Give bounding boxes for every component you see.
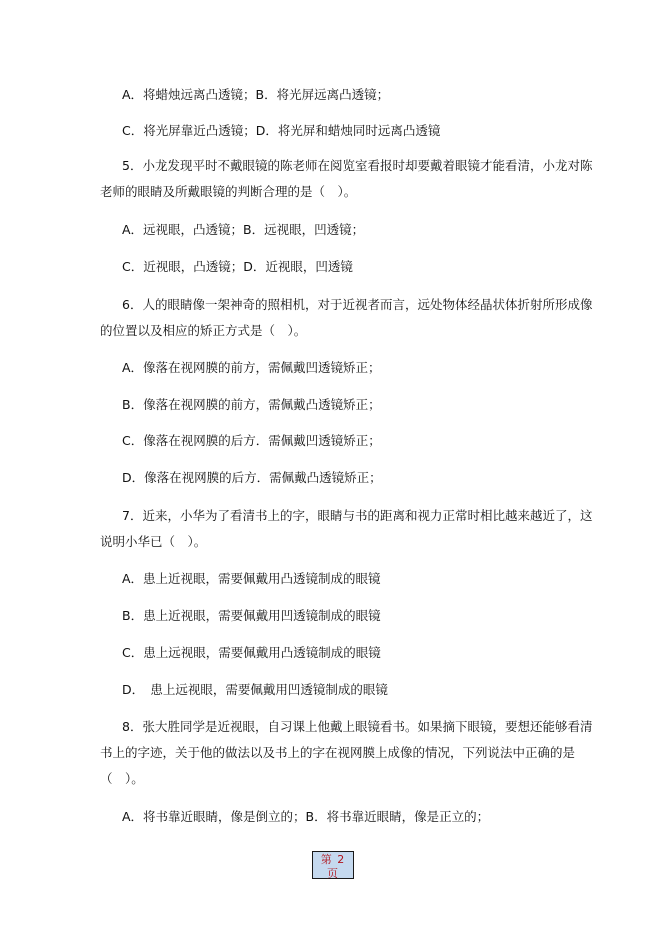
- document-page: A．将蜡烛远离凸透镜；B．将光屏远离凸透镜； C．将光屏靠近凸透镜；D．将光屏和…: [0, 0, 661, 935]
- q5-stem-line-2: 老师的眼睛及所戴眼镜的判断合理的是（ ）。: [100, 184, 560, 200]
- q7-option-b: B．患上近视眼，需要佩戴用凹透镜制成的眼镜: [122, 608, 582, 624]
- q7-stem-line-1: 7．近来，小华为了看清书上的字，眼睛与书的距离和视力正常时相比越来越近了，这: [122, 508, 582, 524]
- q6-stem-line-2: 的位置以及相应的矫正方式是（ ）。: [100, 323, 560, 339]
- q4-option-cd: C．将光屏靠近凸透镜；D．将光屏和蜡烛同时远离凸透镜: [122, 123, 582, 139]
- q6-stem-line-1: 6．人的眼睛像一架神奇的照相机，对于近视者而言，远处物体经晶状体折射所形成像: [122, 297, 582, 313]
- q4-option-ab: A．将蜡烛远离凸透镜；B．将光屏远离凸透镜；: [122, 87, 582, 103]
- q8-stem-line-2: 书上的字迹，关于他的做法以及书上的字在视网膜上成像的情况，下列说法中正确的是: [100, 745, 560, 761]
- q7-stem-line-2: 说明小华已（ ）。: [100, 534, 560, 550]
- q6-option-a: A．像落在视网膜的前方，需佩戴凹透镜矫正；: [122, 360, 582, 376]
- q6-option-d: D．像落在视网膜的后方．需佩戴凸透镜矫正；: [122, 470, 582, 486]
- q5-option-cd: C．近视眼，凸透镜；D．近视眼，凹透镜: [122, 259, 582, 275]
- q7-option-a: A．患上近视眼，需要佩戴用凸透镜制成的眼镜: [122, 571, 582, 587]
- page-number-badge: 第 2 页: [312, 851, 354, 879]
- q8-stem-line-3: （ ）。: [100, 771, 560, 787]
- q6-option-c: C．像落在视网膜的后方．需佩戴凹透镜矫正；: [122, 433, 582, 449]
- q5-stem-line-1: 5．小龙发现平时不戴眼镜的陈老师在阅览室看报时却要戴着眼镜才能看清，小龙对陈: [122, 158, 582, 174]
- q8-option-ab: A．将书靠近眼睛，像是倒立的；B．将书靠近眼睛，像是正立的；: [122, 809, 582, 825]
- q8-stem-line-1: 8．张大胜同学是近视眼，自习课上他戴上眼镜看书。如果摘下眼镜，要想还能够看清: [122, 719, 582, 735]
- q5-option-ab: A．远视眼，凸透镜；B．远视眼，凹透镜；: [122, 222, 582, 238]
- q6-option-b: B．像落在视网膜的前方，需佩戴凸透镜矫正；: [122, 397, 582, 413]
- q7-option-c: C．患上远视眼，需要佩戴用凸透镜制成的眼镜: [122, 645, 582, 661]
- q7-option-d: D． 患上远视眼，需要佩戴用凹透镜制成的眼镜: [122, 682, 582, 698]
